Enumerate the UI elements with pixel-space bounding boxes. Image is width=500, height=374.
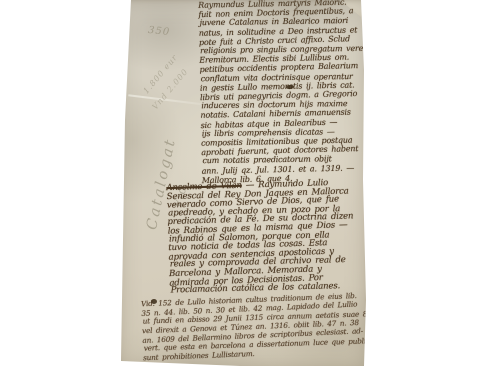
paragraph-spanish: Anselmo de Vilan — Raymundo Lulio Senesc… <box>166 178 367 296</box>
photo-background: 350 1.800 eur Vnd 2.000 Catalogat Vic Ra… <box>0 0 500 374</box>
ink-blot <box>151 299 157 304</box>
manuscript-page: 350 1.800 eur Vnd 2.000 Catalogat Vic Ra… <box>118 0 368 370</box>
pencil-number-annotation: 350 <box>147 25 170 38</box>
handwritten-line: conflatum vita doctrinisque operantur <box>201 71 365 83</box>
paragraph-notes: Vid. 152 de Lullo historiam cultus tradi… <box>141 291 367 363</box>
paragraph-latin: Raymundus Lullius martyris Maioric.fuit … <box>198 0 366 185</box>
paragraph-spanish-lines: Senescal del Rey Don Jaques en Mallorcav… <box>167 187 368 296</box>
